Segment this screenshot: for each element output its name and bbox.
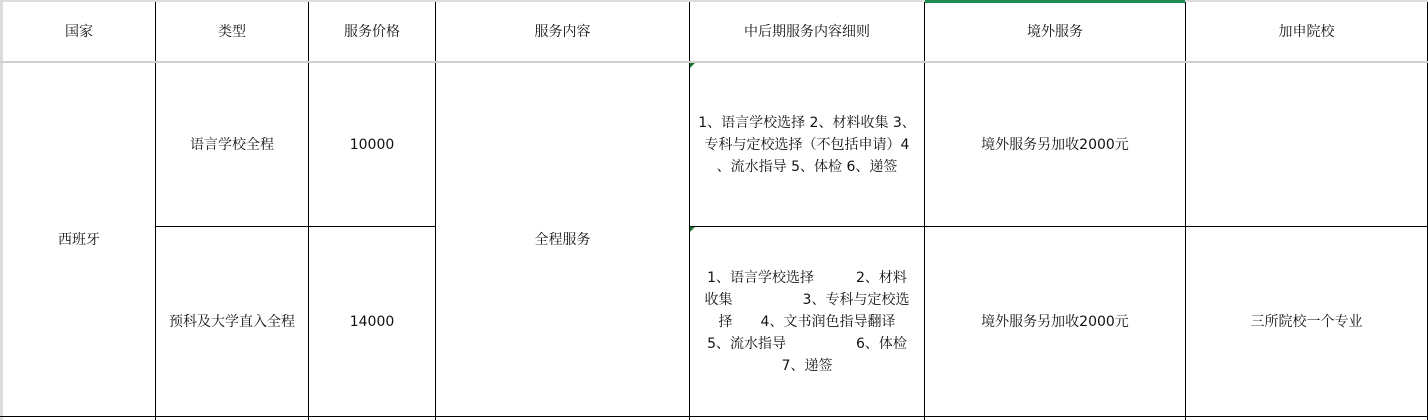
cell-details-row2[interactable]: 1、语言学校选择 2、材料 收集 3、专科与定校选 择 4、文书润色指导翻译 5… <box>690 227 924 416</box>
cell-country[interactable]: 西班牙 <box>3 63 155 416</box>
grid-line <box>435 2 436 420</box>
cell-extra-schools-row1[interactable] <box>1186 63 1427 226</box>
cell-indicator-icon <box>690 227 695 232</box>
grid-line <box>689 226 1428 227</box>
cell-type-row1[interactable]: 语言学校全程 <box>156 63 308 226</box>
grid-line <box>924 2 925 420</box>
column-selection-indicator <box>925 0 1185 3</box>
grid-line <box>155 2 156 420</box>
grid-line <box>155 226 436 227</box>
cell-type-row2[interactable]: 预科及大学直入全程 <box>156 227 308 416</box>
header-overseas-service[interactable]: 境外服务 <box>925 2 1185 61</box>
spreadsheet: 国家 类型 服务价格 服务内容 中后期服务内容细则 境外服务 加申院校 西班牙 … <box>0 0 1428 420</box>
cell-extra-schools-row2[interactable]: 三所院校一个专业 <box>1186 227 1427 416</box>
header-price[interactable]: 服务价格 <box>309 2 435 61</box>
header-type[interactable]: 类型 <box>156 2 308 61</box>
cell-price-row1[interactable]: 10000 <box>309 63 435 226</box>
grid-line <box>0 416 1428 417</box>
cell-service-content[interactable]: 全程服务 <box>436 63 689 416</box>
cell-indicator-icon <box>690 63 695 68</box>
header-details[interactable]: 中后期服务内容细则 <box>690 2 924 61</box>
header-separator <box>0 61 1428 63</box>
grid-line <box>1185 2 1186 420</box>
header-service-content[interactable]: 服务内容 <box>436 2 689 61</box>
cell-overseas-row2[interactable]: 境外服务另加收2000元 <box>925 227 1185 416</box>
header-country[interactable]: 国家 <box>3 2 155 61</box>
cell-price-row2[interactable]: 14000 <box>309 227 435 416</box>
cell-details-row1[interactable]: 1、语言学校选择 2、材料收集 3、 专科与定校选择（不包括申请）4 、流水指导… <box>690 63 924 226</box>
cell-overseas-row1[interactable]: 境外服务另加收2000元 <box>925 63 1185 226</box>
grid-line <box>308 2 309 420</box>
header-extra-schools[interactable]: 加申院校 <box>1186 2 1427 61</box>
